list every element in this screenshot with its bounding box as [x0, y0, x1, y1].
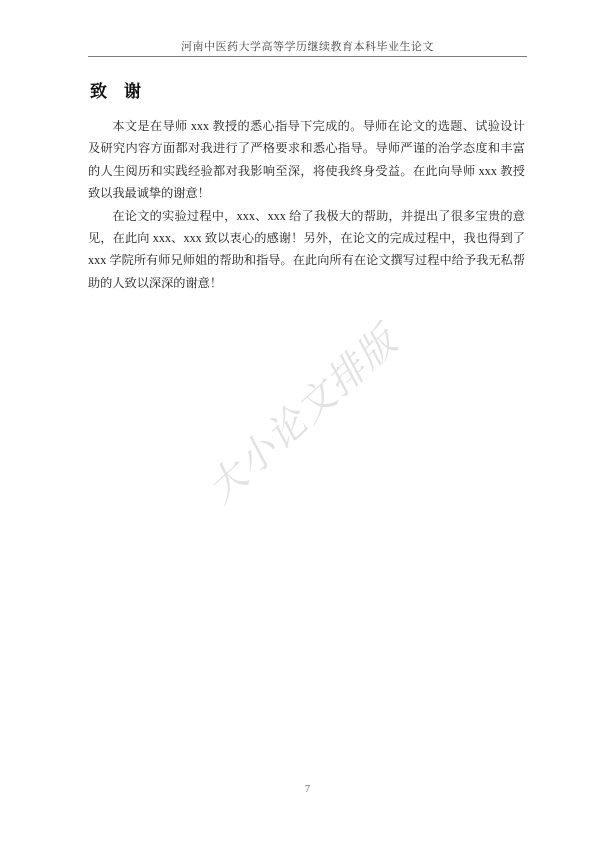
watermark-text: 大小论文排版 [192, 311, 407, 512]
paragraph: 本文是在导师 xxx 教授的悉心指导下完成的。导师在论文的选题、试验设计及研究内… [88, 115, 525, 205]
section-title: 致 谢 [90, 82, 525, 102]
page-header: 河南中医药大学高等学历继续教育本科毕业生论文 [88, 0, 527, 57]
content-area: 致 谢 本文是在导师 xxx 教授的悉心指导下完成的。导师在论文的选题、试验设计… [88, 82, 525, 294]
page-footer: 7 [88, 779, 527, 797]
header-text: 河南中医药大学高等学历继续教育本科毕业生论文 [181, 38, 434, 54]
document-page: 河南中医药大学高等学历继续教育本科毕业生论文 大小论文排版 致 谢 本文是在导师… [0, 0, 595, 842]
paragraph: 在论文的实验过程中，xxx、xxx 给了我极大的帮助，并提出了很多宝贵的意见，在… [88, 205, 525, 295]
page-number: 7 [305, 784, 310, 795]
